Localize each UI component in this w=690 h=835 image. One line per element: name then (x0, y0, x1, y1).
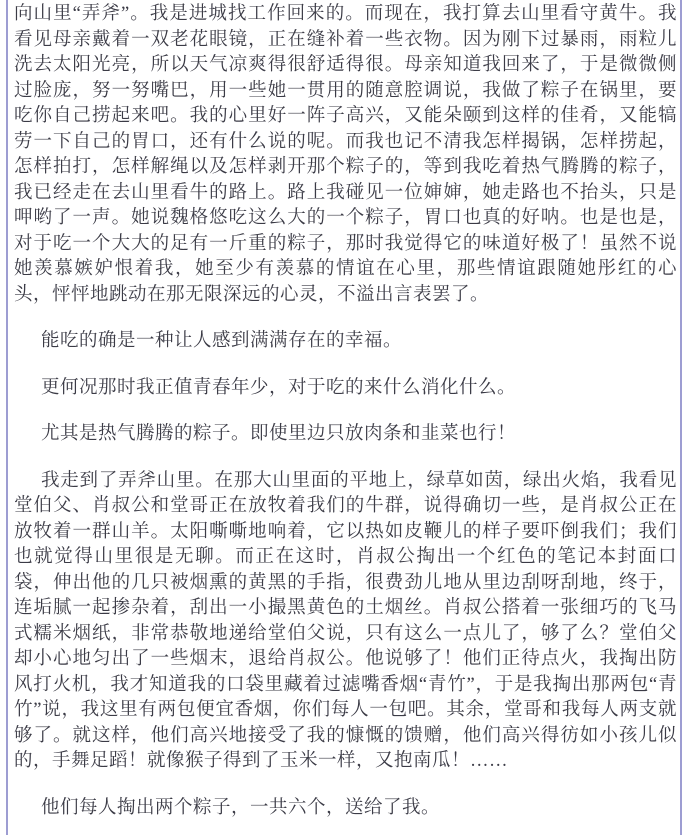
page-right-border (680, 0, 682, 835)
paragraph-gift: 他们每人掏出两个粽子，一共六个，送给了我。 (14, 796, 677, 822)
paragraph-mountain: 我走到了弄斧山里。在那大山里面的平地上，绿草如茵，绿出火焰，我看见堂伯父、肖叔公… (14, 469, 677, 775)
paragraph-zongzi: 尤其是热气腾腾的粽子。即使里边只放肉条和韭菜也行！ (14, 422, 677, 448)
paragraph-youth: 更何况那时我正值青春年少，对于吃的来什么消化什么。 (14, 376, 677, 402)
page-left-border (6, 0, 8, 835)
document-page: 向山里“弄斧”。我是进城找工作回来的。而现在，我打算去山里看守黄牛。我看见母亲戴… (0, 0, 690, 835)
paragraph-continuation: 向山里“弄斧”。我是进城找工作回来的。而现在，我打算去山里看守黄牛。我看见母亲戴… (14, 2, 677, 308)
paragraph-happiness: 能吃的确是一种让人感到满满存在的幸福。 (14, 329, 677, 355)
document-text: 向山里“弄斧”。我是进城找工作回来的。而现在，我打算去山里看守黄牛。我看见母亲戴… (14, 2, 677, 835)
